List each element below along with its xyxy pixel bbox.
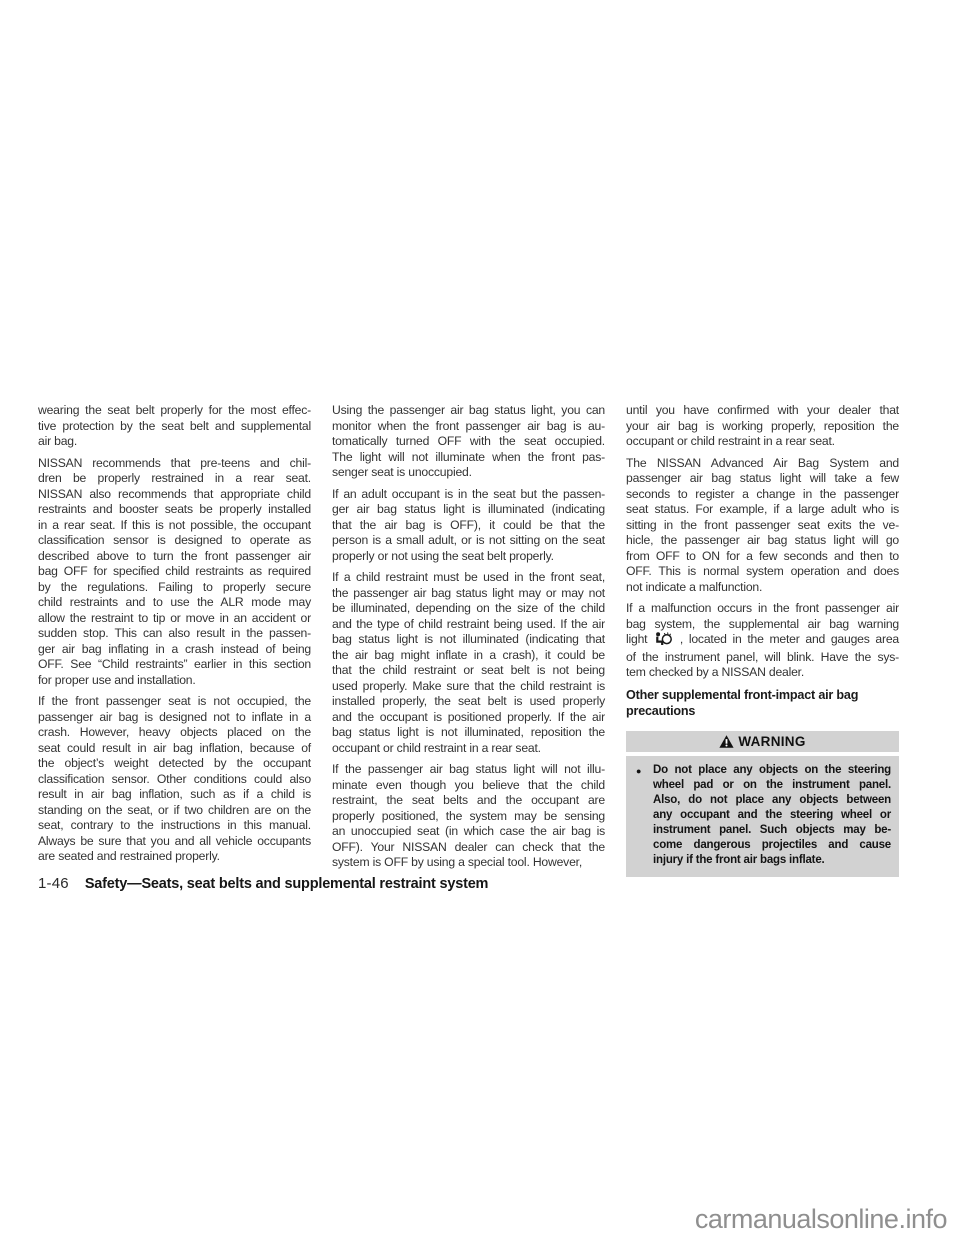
text-line: restraints and booster seats be properly… xyxy=(38,502,311,518)
paragraph: Using the passenger air bag status light… xyxy=(332,403,605,481)
text-line: come dangerous projectiles and cause xyxy=(653,838,891,853)
text-column-1: wearing the seat belt properly for the m… xyxy=(38,403,311,877)
text-line: air bag. xyxy=(38,434,311,450)
paragraph: wearing the seat belt properly for the m… xyxy=(38,403,311,450)
text-line: Always be sure that you and all vehicle … xyxy=(38,834,311,850)
text-line: standing on the seat, or if two children… xyxy=(38,803,311,819)
paragraph: If the front passenger seat is not occup… xyxy=(38,694,311,865)
text-line: seconds to register a change in the pass… xyxy=(626,487,899,503)
text-line: sitting in the front passenger seat exit… xyxy=(626,518,899,534)
text-line: classification sensor is designed to ope… xyxy=(38,533,311,549)
text-line: tem checked by a NISSAN dealer. xyxy=(626,665,899,681)
paragraph-lines: If a malfunction occurs in the front pas… xyxy=(626,601,899,632)
paragraph-lines: of the instrument panel, will blink. Hav… xyxy=(626,650,899,681)
text-line: precautions xyxy=(626,703,899,720)
text-line: in a rear seat. If this is not possible,… xyxy=(38,518,311,534)
text-line: wheel pad or on the instrument panel. xyxy=(653,778,891,793)
warning-text: Do not place any objects on the steering… xyxy=(653,763,891,868)
paragraph: until you have confirmed with your deale… xyxy=(626,403,899,450)
text-line: If a malfunction occurs in the front pas… xyxy=(626,601,899,617)
text-line: The light will not illuminate when the f… xyxy=(332,450,605,466)
text-line: passenger air bag status light will take… xyxy=(626,471,899,487)
text-line: If an adult occupant is in the seat but … xyxy=(332,487,605,503)
text-line: dren be properly restrained in a rear se… xyxy=(38,471,311,487)
text-line: occupant or child restraint in a rear se… xyxy=(626,434,899,450)
footer-section-title: Safety—Seats, seat belts and supplementa… xyxy=(85,876,488,892)
text-line: classification sensor. Other conditions … xyxy=(38,772,311,788)
airbag-warning-light-icon xyxy=(655,632,672,650)
text-line: the object’s weight detected by the occu… xyxy=(38,756,311,772)
text-line: your air bag is working properly, reposi… xyxy=(626,419,899,435)
page-footer: 1-46 Safety—Seats, seat belts and supple… xyxy=(38,875,488,892)
paragraph: If a child restraint must be used in the… xyxy=(332,570,605,756)
text-line: are seated and restrained properly. xyxy=(38,849,311,865)
text-line: minate even though you believe that the … xyxy=(332,778,605,794)
text-line: the passenger air bag status light may o… xyxy=(332,586,605,602)
text-column-3: until you have confirmed with your deale… xyxy=(626,403,899,877)
text-line: sudden stop. This can also result in the… xyxy=(38,626,311,642)
text-line: wearing the seat belt properly for the m… xyxy=(38,403,311,419)
warning-header: WARNING xyxy=(626,731,899,752)
warning-box: WARNING ● Do not place any objects on th… xyxy=(626,731,899,877)
text-line: installed properly, the seat belt is use… xyxy=(332,694,605,710)
text-line: ger air bag status light is illuminated … xyxy=(332,502,605,518)
text-line: monitor when the front passenger air bag… xyxy=(332,419,605,435)
text-line: OFF. This is normal system operation and… xyxy=(626,564,899,580)
text-line: used properly. Make sure that the child … xyxy=(332,679,605,695)
icon-line-before: light xyxy=(626,632,647,646)
text-line: result in air bag inflation, such as if … xyxy=(38,787,311,803)
text-line: Using the passenger air bag status light… xyxy=(332,403,605,419)
text-line: NISSAN recommends that pre-teens and chi… xyxy=(38,456,311,472)
text-line: senger seat is unoccupied. xyxy=(332,465,605,481)
text-line: bag OFF for specified child restraints a… xyxy=(38,564,311,580)
text-line: passenger air bag is designed not to inf… xyxy=(38,710,311,726)
warning-triangle-icon xyxy=(719,735,734,748)
text-line: for proper use and installation. xyxy=(38,673,311,689)
text-line: OFF. See “Child restraints” earlier in t… xyxy=(38,657,311,673)
text-line: an unoccupied seat (in which case the ai… xyxy=(332,824,605,840)
text-line: from OFF to ON for a few seconds and the… xyxy=(626,549,899,565)
paragraph: If an adult occupant is in the seat but … xyxy=(332,487,605,565)
text-line: the air bag might inflate in a crash), i… xyxy=(332,648,605,664)
text-line: properly or not using the seat belt prop… xyxy=(332,549,605,565)
text-line: described above to turn the front passen… xyxy=(38,549,311,565)
bullet-icon: ● xyxy=(636,763,653,868)
page-body: wearing the seat belt properly for the m… xyxy=(38,403,899,877)
text-line: occupant or child restraint in a rear se… xyxy=(332,741,605,757)
text-line: and the type of child restraint being us… xyxy=(332,617,605,633)
text-line: Other supplemental front-impact air bag xyxy=(626,687,899,704)
text-line: any occupant and the steering wheel or xyxy=(653,808,891,823)
icon-line-after: , located in the meter and gauges area xyxy=(680,632,899,646)
text-line: The NISSAN Advanced Air Bag System and xyxy=(626,456,899,472)
text-line: that the air bag is OFF), it could be th… xyxy=(332,518,605,534)
text-line: bag status light is not illuminated (ind… xyxy=(332,632,605,648)
text-line: be illuminated, depending on the size of… xyxy=(332,601,605,617)
text-line: that the child restraint or seat belt is… xyxy=(332,663,605,679)
text-line: OFF). Your NISSAN dealer can check that … xyxy=(332,840,605,856)
section-heading: Other supplemental front-impact air bagp… xyxy=(626,687,899,720)
text-line: If the passenger air bag status light wi… xyxy=(332,762,605,778)
text-line: hicle, the passenger air bag status ligh… xyxy=(626,533,899,549)
text-line: seat status. For example, if a large adu… xyxy=(626,502,899,518)
text-line: tomatically turned OFF with the seat occ… xyxy=(332,434,605,450)
text-line: injury if the front air bags inflate. xyxy=(653,853,891,868)
paragraph: If the passenger air bag status light wi… xyxy=(332,762,605,871)
text-line: seat, contrary to the instructions in th… xyxy=(38,818,311,834)
text-line: of the instrument panel, will blink. Hav… xyxy=(626,650,899,666)
paragraph: The NISSAN Advanced Air Bag System andpa… xyxy=(626,456,899,596)
text-line: person is a small adult, or is not sitti… xyxy=(332,533,605,549)
text-line: crash. However, heavy objects placed on … xyxy=(38,725,311,741)
page-number: 1-46 xyxy=(38,875,69,892)
text-line: If a child restraint must be used in the… xyxy=(332,570,605,586)
text-line: seat could result in air bag inflation, … xyxy=(38,741,311,757)
paragraph: NISSAN recommends that pre-teens and chi… xyxy=(38,456,311,689)
text-line: restraint, the seat belts and the occupa… xyxy=(332,793,605,809)
text-line: tive protection by the seat belt and sup… xyxy=(38,419,311,435)
text-line: Do not place any objects on the steering xyxy=(653,763,891,778)
text-line: system is OFF by using a special tool. H… xyxy=(332,855,605,871)
text-line: instrument panel. Such objects may be- xyxy=(653,823,891,838)
text-line: Also, do not place any objects between xyxy=(653,793,891,808)
text-line: by the regulations. Failing to properly … xyxy=(38,580,311,596)
text-line: properly positioned, the system may be s… xyxy=(332,809,605,825)
text-line: not indicate a malfunction. xyxy=(626,580,899,596)
text-line: If the front passenger seat is not occup… xyxy=(38,694,311,710)
text-line-with-icon: light , located in the meter and gauges … xyxy=(626,632,899,650)
text-line: and the occupant is positioned properly.… xyxy=(332,710,605,726)
warning-title: WARNING xyxy=(738,734,805,749)
watermark: carmanualsonline.info xyxy=(695,1204,947,1235)
text-line: bag status light is not illuminated, rep… xyxy=(332,725,605,741)
text-line: allow the restraint to tip or move in an… xyxy=(38,611,311,627)
text-line: ger air bag inflating in a crash instead… xyxy=(38,642,311,658)
warning-body: ● Do not place any objects on the steeri… xyxy=(626,756,899,877)
paragraph: If a malfunction occurs in the front pas… xyxy=(626,601,899,681)
text-line: bag system, the supplemental air bag war… xyxy=(626,617,899,633)
text-line: child restraints and to use the ALR mode… xyxy=(38,595,311,611)
text-line: NISSAN also recommends that appropriate … xyxy=(38,487,311,503)
text-line: until you have confirmed with your deale… xyxy=(626,403,899,419)
text-column-2: Using the passenger air bag status light… xyxy=(332,403,605,877)
